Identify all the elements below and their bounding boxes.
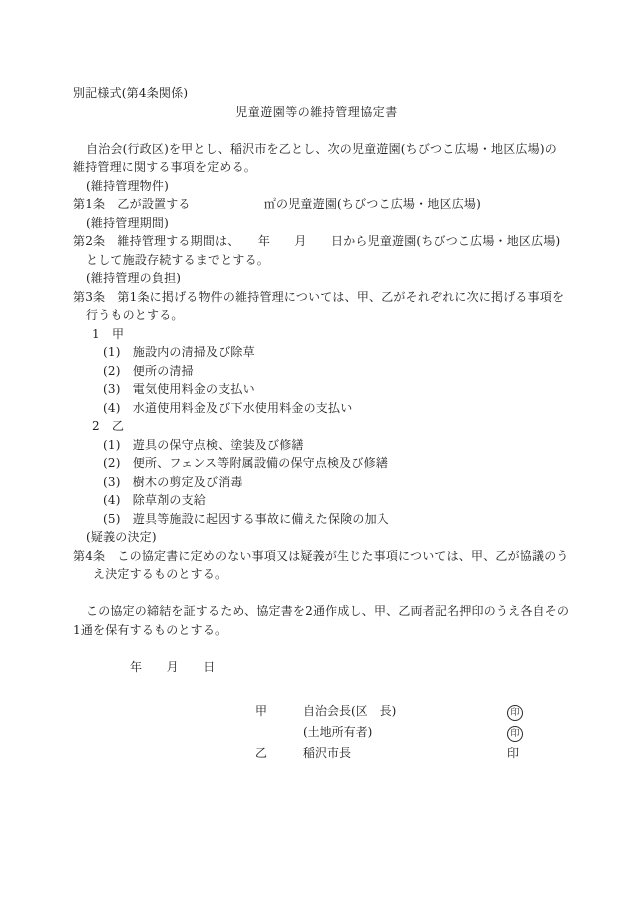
list-item: (4) 水道使用料金及び下水使用料金の支払い <box>73 399 560 418</box>
list-item: (1) 施設内の清掃及び除草 <box>73 343 560 362</box>
article-1-line: 第1条 乙が設置する ㎡の児童遊園(ちびつこ広場・地区広場) <box>73 195 560 214</box>
signature-party: 乙 <box>255 743 267 764</box>
seal-mark: 印 <box>507 746 519 760</box>
closing-line: 1通を保有するものとする。 <box>73 621 560 640</box>
document-body: 別記様式(第4条関係) 児童遊園等の維持管理協定書 自治会(行政区)を甲とし、稲… <box>73 84 560 676</box>
signature-name: 自治会長(区 長) <box>303 701 396 722</box>
signature-row-otsu: 乙 稲沢市長 印 <box>73 743 560 764</box>
clause-party-kou: 1 甲 <box>73 325 560 344</box>
article-2-line: 第2条 維持管理する期間は、 年 月 日から児童遊園(ちびつこ広場・地区広場) <box>73 232 560 251</box>
signature-name: 稲沢市長 <box>303 743 351 764</box>
article-4-line: え決定するものとする。 <box>73 565 560 584</box>
seal-area: 印 <box>507 722 523 743</box>
list-item: (3) 樹木の剪定及び消毒 <box>73 473 560 492</box>
section-heading: (維持管理期間) <box>73 214 560 233</box>
signature-party: 甲 <box>255 701 267 722</box>
signature-row-landowner: (土地所有者) 印 <box>73 722 560 743</box>
article-3-line: 第3条 第1条に掲げる物件の維持管理については、甲、乙がそれぞれに次に掲げる事項… <box>73 288 560 307</box>
section-heading: (維持管理の負担) <box>73 269 560 288</box>
blank-line <box>73 121 560 140</box>
article-2-line: として施設存続するまでとする。 <box>73 251 560 270</box>
seal-area: 印 <box>507 743 519 764</box>
list-item: (4) 除草剤の支給 <box>73 491 560 510</box>
signature-row-kou: 甲 自治会長(区 長) 印 <box>73 701 560 722</box>
preamble-line: 自治会(行政区)を甲とし、稲沢市を乙とし、次の児童遊園(ちびつこ広場・地区広場)… <box>73 140 560 159</box>
article-4-line: 第4条 この協定書に定めのない事項又は疑義が生じた事項については、甲、乙が協議の… <box>73 547 560 566</box>
article-3-line: 行うものとする。 <box>73 306 560 325</box>
circled-seal-mark: 印 <box>507 705 523 721</box>
list-item: (2) 便所、フェンス等附属設備の保守点検及び修繕 <box>73 454 560 473</box>
section-heading: (疑義の決定) <box>73 528 560 547</box>
closing-line: この協定の締結を証するため、協定書を2通作成し、甲、乙両者記名押印のうえ各自その <box>73 602 560 621</box>
blank-line <box>73 639 560 658</box>
list-item: (1) 遊具の保守点検、塗装及び修繕 <box>73 436 560 455</box>
signature-block: 甲 自治会長(区 長) 印 (土地所有者) 印 乙 稲沢市長 印 <box>73 701 560 764</box>
list-item: (5) 遊具等施設に起因する事故に備えた保険の加入 <box>73 510 560 529</box>
document-page: 別記様式(第4条関係) 児童遊園等の維持管理協定書 自治会(行政区)を甲とし、稲… <box>0 0 630 915</box>
document-title: 児童遊園等の維持管理協定書 <box>73 103 560 122</box>
date-line: 年 月 日 <box>73 658 560 677</box>
preamble-line: 維持管理に関する事項を定める。 <box>73 158 560 177</box>
list-item: (2) 便所の清掃 <box>73 362 560 381</box>
list-item: (3) 電気使用料金の支払い <box>73 380 560 399</box>
blank-line <box>73 584 560 603</box>
clause-party-otsu: 2 乙 <box>73 417 560 436</box>
seal-area: 印 <box>507 701 523 722</box>
section-heading: (維持管理物件) <box>73 177 560 196</box>
signature-name: (土地所有者) <box>303 722 372 743</box>
form-note: 別記様式(第4条関係) <box>73 84 560 103</box>
circled-seal-mark: 印 <box>507 726 523 742</box>
